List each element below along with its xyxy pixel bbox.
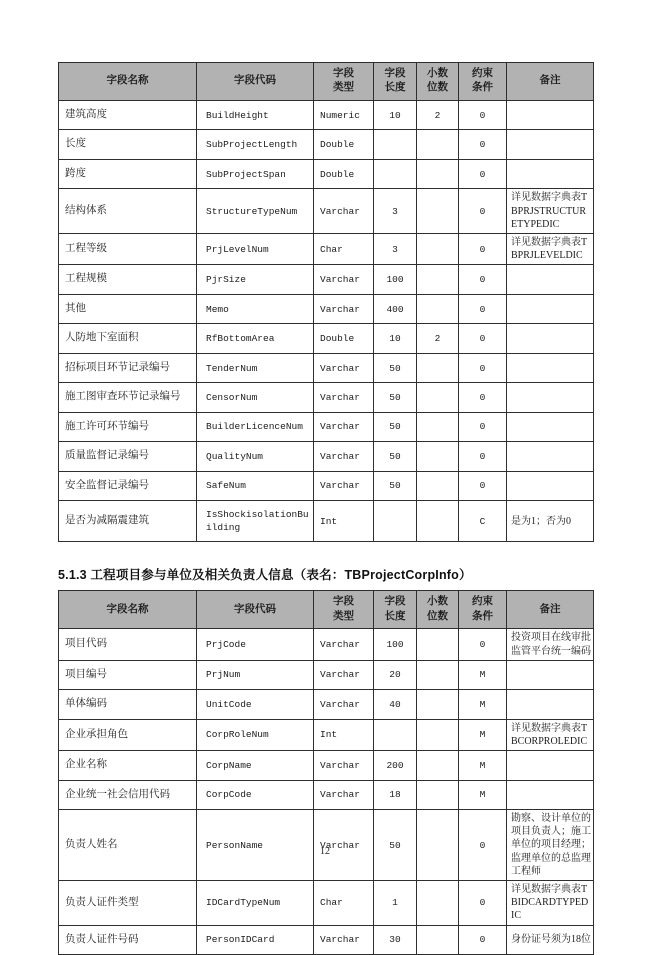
field-name-cell: 质量监督记录编号 bbox=[59, 442, 197, 471]
constraint-cell: C bbox=[459, 501, 507, 542]
decimal-digits-cell bbox=[417, 265, 459, 294]
col-header-remark: 备注 bbox=[507, 591, 594, 629]
remark-cell bbox=[507, 383, 594, 412]
field-type-cell: Varchar bbox=[314, 925, 374, 954]
field-code-cell: PjrSize bbox=[197, 265, 314, 294]
decimal-digits-cell bbox=[417, 353, 459, 382]
field-length-cell: 200 bbox=[374, 751, 417, 780]
field-length-cell: 30 bbox=[374, 925, 417, 954]
field-type-cell: Double bbox=[314, 130, 374, 159]
remark-cell bbox=[507, 471, 594, 500]
col-header-remark: 备注 bbox=[507, 63, 594, 101]
field-code-cell: IsShockisolationBuilding bbox=[197, 501, 314, 542]
field-length-cell: 50 bbox=[374, 412, 417, 441]
decimal-digits-cell bbox=[417, 660, 459, 689]
field-length-cell bbox=[374, 159, 417, 188]
field-code-cell: IDCardTypeNum bbox=[197, 881, 314, 926]
field-length-cell: 100 bbox=[374, 629, 417, 660]
decimal-digits-cell bbox=[417, 925, 459, 954]
remark-cell bbox=[507, 159, 594, 188]
field-length-cell bbox=[374, 130, 417, 159]
decimal-digits-cell bbox=[417, 751, 459, 780]
constraint-cell: 0 bbox=[459, 100, 507, 129]
table-row: 工程规模PjrSizeVarchar1000 bbox=[59, 265, 594, 294]
constraint-cell: M bbox=[459, 690, 507, 719]
field-length-cell: 50 bbox=[374, 353, 417, 382]
decimal-digits-cell bbox=[417, 471, 459, 500]
table-row: 其他MemoVarchar4000 bbox=[59, 294, 594, 323]
remark-cell: 投资项目在线审批监管平台统一编码 bbox=[507, 629, 594, 660]
field-type-cell: Char bbox=[314, 233, 374, 264]
decimal-digits-cell: 2 bbox=[417, 100, 459, 129]
col-header-constraint: 约束 条件 bbox=[459, 591, 507, 629]
field-name-cell: 跨度 bbox=[59, 159, 197, 188]
field-length-cell: 3 bbox=[374, 189, 417, 234]
field-type-cell: Varchar bbox=[314, 265, 374, 294]
field-code-cell: StructureTypeNum bbox=[197, 189, 314, 234]
field-definition-table-1: 字段名称 字段代码 字段 类型 字段 长度 小数 位数 约束 条件 备注 建筑高… bbox=[58, 62, 594, 542]
constraint-cell: 0 bbox=[459, 265, 507, 294]
constraint-cell: 0 bbox=[459, 233, 507, 264]
field-length-cell bbox=[374, 501, 417, 542]
table-row: 质量监督记录编号QualityNumVarchar500 bbox=[59, 442, 594, 471]
field-name-cell: 安全监督记录编号 bbox=[59, 471, 197, 500]
table-row: 企业统一社会信用代码CorpCodeVarchar18M bbox=[59, 780, 594, 809]
field-type-cell: Varchar bbox=[314, 383, 374, 412]
decimal-digits-cell bbox=[417, 690, 459, 719]
col-header-field-name: 字段名称 bbox=[59, 63, 197, 101]
constraint-cell: 0 bbox=[459, 925, 507, 954]
remark-cell bbox=[507, 353, 594, 382]
field-type-cell: Varchar bbox=[314, 442, 374, 471]
field-name-cell: 企业承担角色 bbox=[59, 719, 197, 750]
remark-cell bbox=[507, 294, 594, 323]
decimal-digits-cell bbox=[417, 189, 459, 234]
col-header-decimal-digits: 小数 位数 bbox=[417, 63, 459, 101]
field-type-cell: Int bbox=[314, 719, 374, 750]
constraint-cell: M bbox=[459, 751, 507, 780]
field-name-cell: 项目代码 bbox=[59, 629, 197, 660]
table-row: 企业名称CorpNameVarchar200M bbox=[59, 751, 594, 780]
field-type-cell: Varchar bbox=[314, 471, 374, 500]
col-header-decimal-digits: 小数 位数 bbox=[417, 591, 459, 629]
table-row: 建筑高度BuildHeightNumeric1020 bbox=[59, 100, 594, 129]
table-row: 施工许可环节编号BuilderLicenceNumVarchar500 bbox=[59, 412, 594, 441]
decimal-digits-cell bbox=[417, 719, 459, 750]
table-row: 施工图审查环节记录编号CensorNumVarchar500 bbox=[59, 383, 594, 412]
decimal-digits-cell bbox=[417, 780, 459, 809]
field-code-cell: RfBottomArea bbox=[197, 324, 314, 353]
col-header-field-code: 字段代码 bbox=[197, 591, 314, 629]
table-row: 长度SubProjectLengthDouble0 bbox=[59, 130, 594, 159]
field-type-cell: Double bbox=[314, 324, 374, 353]
field-length-cell: 100 bbox=[374, 265, 417, 294]
field-name-cell: 工程等级 bbox=[59, 233, 197, 264]
decimal-digits-cell bbox=[417, 294, 459, 323]
col-header-field-type: 字段 类型 bbox=[314, 591, 374, 629]
constraint-cell: 0 bbox=[459, 412, 507, 441]
field-code-cell: SafeNum bbox=[197, 471, 314, 500]
field-type-cell: Varchar bbox=[314, 412, 374, 441]
remark-cell bbox=[507, 442, 594, 471]
field-code-cell: UnitCode bbox=[197, 690, 314, 719]
field-length-cell: 50 bbox=[374, 383, 417, 412]
remark-cell bbox=[507, 780, 594, 809]
field-name-cell: 施工图审查环节记录编号 bbox=[59, 383, 197, 412]
field-name-cell: 长度 bbox=[59, 130, 197, 159]
constraint-cell: M bbox=[459, 780, 507, 809]
col-header-field-length: 字段 长度 bbox=[374, 63, 417, 101]
constraint-cell: 0 bbox=[459, 294, 507, 323]
field-code-cell: PrjLevelNum bbox=[197, 233, 314, 264]
field-name-cell: 招标项目环节记录编号 bbox=[59, 353, 197, 382]
table-row: 招标项目环节记录编号TenderNumVarchar500 bbox=[59, 353, 594, 382]
remark-cell bbox=[507, 100, 594, 129]
field-name-cell: 项目编号 bbox=[59, 660, 197, 689]
field-name-cell: 负责人证件号码 bbox=[59, 925, 197, 954]
field-code-cell: CorpName bbox=[197, 751, 314, 780]
field-length-cell: 10 bbox=[374, 324, 417, 353]
field-type-cell: Varchar bbox=[314, 189, 374, 234]
constraint-cell: 0 bbox=[459, 189, 507, 234]
field-length-cell: 20 bbox=[374, 660, 417, 689]
field-length-cell: 400 bbox=[374, 294, 417, 323]
field-length-cell: 40 bbox=[374, 690, 417, 719]
field-name-cell: 施工许可环节编号 bbox=[59, 412, 197, 441]
field-type-cell: Numeric bbox=[314, 100, 374, 129]
constraint-cell: M bbox=[459, 719, 507, 750]
table-header-row: 字段名称 字段代码 字段 类型 字段 长度 小数 位数 约束 条件 备注 bbox=[59, 63, 594, 101]
constraint-cell: 0 bbox=[459, 324, 507, 353]
field-code-cell: CorpRoleNum bbox=[197, 719, 314, 750]
field-length-cell: 50 bbox=[374, 471, 417, 500]
constraint-cell: 0 bbox=[459, 383, 507, 412]
decimal-digits-cell bbox=[417, 442, 459, 471]
field-code-cell: TenderNum bbox=[197, 353, 314, 382]
field-code-cell: BuilderLicenceNum bbox=[197, 412, 314, 441]
decimal-digits-cell: 2 bbox=[417, 324, 459, 353]
field-type-cell: Varchar bbox=[314, 690, 374, 719]
constraint-cell: 0 bbox=[459, 442, 507, 471]
field-name-cell: 人防地下室面积 bbox=[59, 324, 197, 353]
constraint-cell: 0 bbox=[459, 471, 507, 500]
decimal-digits-cell bbox=[417, 383, 459, 412]
decimal-digits-cell bbox=[417, 233, 459, 264]
table-row: 工程等级PrjLevelNumChar30详见数据字典表TBPRJLEVELDI… bbox=[59, 233, 594, 264]
field-length-cell: 1 bbox=[374, 881, 417, 926]
remark-cell: 详见数据字典表TBIDCARDTYPEDIC bbox=[507, 881, 594, 926]
table-row: 企业承担角色CorpRoleNumIntM详见数据字典表TBCORPROLEDI… bbox=[59, 719, 594, 750]
remark-cell bbox=[507, 265, 594, 294]
field-code-cell: SubProjectLength bbox=[197, 130, 314, 159]
field-length-cell: 10 bbox=[374, 100, 417, 129]
field-name-cell: 是否为减隔震建筑 bbox=[59, 501, 197, 542]
field-type-cell: Varchar bbox=[314, 660, 374, 689]
remark-cell: 身份证号须为18位 bbox=[507, 925, 594, 954]
field-code-cell: SubProjectSpan bbox=[197, 159, 314, 188]
table-row: 负责人证件号码PersonIDCardVarchar300身份证号须为18位 bbox=[59, 925, 594, 954]
decimal-digits-cell bbox=[417, 501, 459, 542]
document-page: 字段名称 字段代码 字段 类型 字段 长度 小数 位数 约束 条件 备注 建筑高… bbox=[0, 0, 650, 919]
constraint-cell: M bbox=[459, 660, 507, 689]
col-header-field-name: 字段名称 bbox=[59, 591, 197, 629]
remark-cell bbox=[507, 751, 594, 780]
field-code-cell: Memo bbox=[197, 294, 314, 323]
field-length-cell: 3 bbox=[374, 233, 417, 264]
field-type-cell: Varchar bbox=[314, 629, 374, 660]
field-type-cell: Varchar bbox=[314, 294, 374, 323]
remark-cell bbox=[507, 660, 594, 689]
decimal-digits-cell bbox=[417, 130, 459, 159]
table-row: 结构体系StructureTypeNumVarchar30详见数据字典表TBPR… bbox=[59, 189, 594, 234]
field-code-cell: PersonIDCard bbox=[197, 925, 314, 954]
field-type-cell: Varchar bbox=[314, 780, 374, 809]
table-header-row: 字段名称 字段代码 字段 类型 字段 长度 小数 位数 约束 条件 备注 bbox=[59, 591, 594, 629]
field-code-cell: BuildHeight bbox=[197, 100, 314, 129]
remark-cell bbox=[507, 324, 594, 353]
field-name-cell: 负责人证件类型 bbox=[59, 881, 197, 926]
col-header-field-code: 字段代码 bbox=[197, 63, 314, 101]
decimal-digits-cell bbox=[417, 412, 459, 441]
remark-cell: 是为1；否为0 bbox=[507, 501, 594, 542]
field-type-cell: Int bbox=[314, 501, 374, 542]
field-code-cell: CorpCode bbox=[197, 780, 314, 809]
table-row: 项目代码PrjCodeVarchar1000投资项目在线审批监管平台统一编码 bbox=[59, 629, 594, 660]
constraint-cell: 0 bbox=[459, 881, 507, 926]
field-code-cell: PrjNum bbox=[197, 660, 314, 689]
field-length-cell bbox=[374, 719, 417, 750]
field-code-cell: PrjCode bbox=[197, 629, 314, 660]
remark-cell bbox=[507, 130, 594, 159]
remark-cell: 详见数据字典表TBCORPROLEDIC bbox=[507, 719, 594, 750]
table-row: 项目编号PrjNumVarchar20M bbox=[59, 660, 594, 689]
table-row: 负责人证件类型IDCardTypeNumChar10详见数据字典表TBIDCAR… bbox=[59, 881, 594, 926]
table-row: 跨度SubProjectSpanDouble0 bbox=[59, 159, 594, 188]
field-name-cell: 结构体系 bbox=[59, 189, 197, 234]
col-header-field-length: 字段 长度 bbox=[374, 591, 417, 629]
field-definition-table-2: 字段名称 字段代码 字段 类型 字段 长度 小数 位数 约束 条件 备注 项目代… bbox=[58, 590, 594, 955]
table-row: 单体编码UnitCodeVarchar40M bbox=[59, 690, 594, 719]
field-code-cell: QualityNum bbox=[197, 442, 314, 471]
constraint-cell: 0 bbox=[459, 629, 507, 660]
page-number: 12 bbox=[0, 846, 650, 857]
constraint-cell: 0 bbox=[459, 159, 507, 188]
col-header-constraint: 约束 条件 bbox=[459, 63, 507, 101]
table-row: 人防地下室面积RfBottomAreaDouble1020 bbox=[59, 324, 594, 353]
field-name-cell: 企业统一社会信用代码 bbox=[59, 780, 197, 809]
field-name-cell: 单体编码 bbox=[59, 690, 197, 719]
table-row: 安全监督记录编号SafeNumVarchar500 bbox=[59, 471, 594, 500]
field-type-cell: Double bbox=[314, 159, 374, 188]
field-name-cell: 工程规模 bbox=[59, 265, 197, 294]
constraint-cell: 0 bbox=[459, 130, 507, 159]
remark-cell bbox=[507, 412, 594, 441]
field-type-cell: Varchar bbox=[314, 353, 374, 382]
field-length-cell: 50 bbox=[374, 442, 417, 471]
field-name-cell: 企业名称 bbox=[59, 751, 197, 780]
remark-cell: 详见数据字典表TBPRJSTRUCTURETYPEDIC bbox=[507, 189, 594, 234]
decimal-digits-cell bbox=[417, 629, 459, 660]
constraint-cell: 0 bbox=[459, 353, 507, 382]
remark-cell bbox=[507, 690, 594, 719]
field-length-cell: 18 bbox=[374, 780, 417, 809]
field-name-cell: 其他 bbox=[59, 294, 197, 323]
section-heading: 5.1.3 工程项目参与单位及相关负责人信息（表名：TBProjectCorpI… bbox=[58, 565, 593, 583]
col-header-field-type: 字段 类型 bbox=[314, 63, 374, 101]
decimal-digits-cell bbox=[417, 159, 459, 188]
field-type-cell: Char bbox=[314, 881, 374, 926]
field-type-cell: Varchar bbox=[314, 751, 374, 780]
field-code-cell: CensorNum bbox=[197, 383, 314, 412]
table-row: 是否为减隔震建筑IsShockisolationBuildingIntC是为1；… bbox=[59, 501, 594, 542]
remark-cell: 详见数据字典表TBPRJLEVELDIC bbox=[507, 233, 594, 264]
decimal-digits-cell bbox=[417, 881, 459, 926]
field-name-cell: 建筑高度 bbox=[59, 100, 197, 129]
